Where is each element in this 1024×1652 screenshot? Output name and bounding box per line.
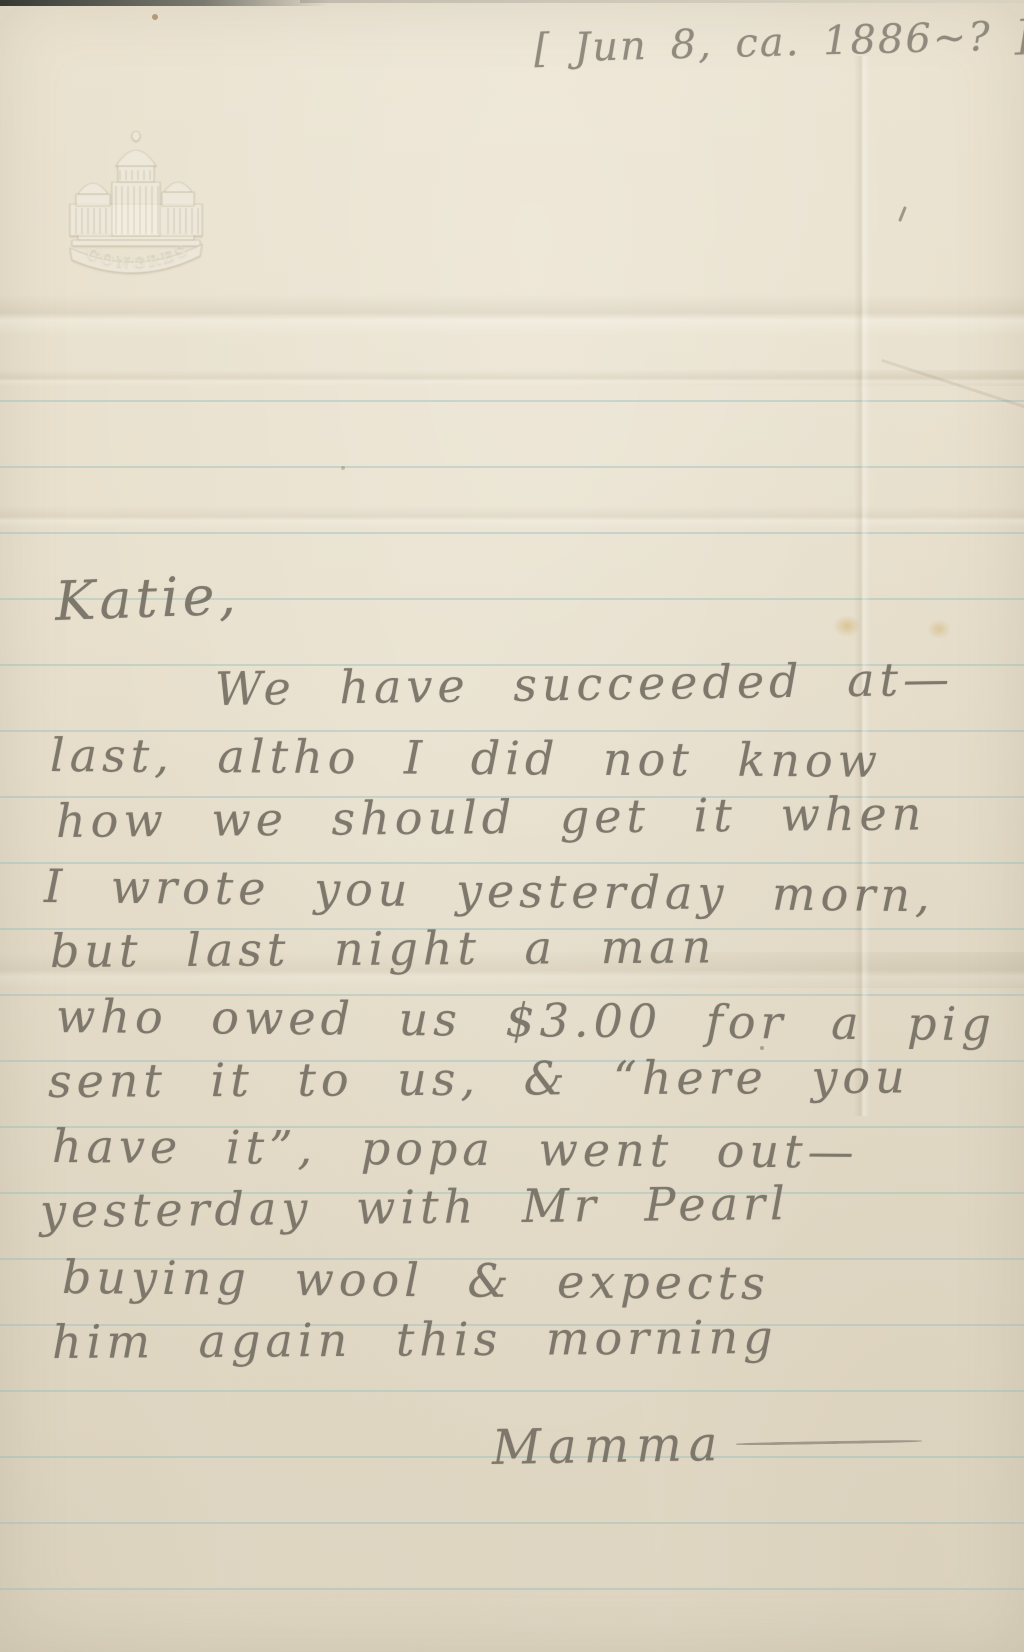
embossed-seal: CONGRESS <box>50 124 222 282</box>
letter-line: sent it to us, & “here you <box>48 1049 910 1108</box>
paper-stain <box>927 619 951 639</box>
paper-speck <box>152 14 158 20</box>
signature-name: Mamma <box>492 1416 725 1476</box>
fold-crease-vertical <box>854 56 870 1116</box>
signature: Mamma <box>492 1412 923 1476</box>
paper-stain <box>833 615 861 637</box>
letter-page: CONGRESS [ Jun 8, ca. 1886~? ] Katie, We… <box>0 0 1024 1652</box>
letter-line: him again this morning <box>52 1310 778 1369</box>
fold-crease-diagonal <box>881 359 1024 408</box>
date-annotation: [ Jun 8, ca. 1886~? ] <box>533 13 1024 72</box>
letter-line: how we should get it when <box>56 786 927 848</box>
letter-line: have it”, popa went out— <box>52 1119 859 1179</box>
pencil-tick-mark <box>898 206 907 222</box>
fold-crease-horizontal-2 <box>0 370 1024 386</box>
letter-line: We have succeeded at— <box>215 652 955 716</box>
letter-line: I wrote you yesterday morn, <box>44 859 935 922</box>
fold-crease-horizontal-3 <box>0 506 1024 528</box>
letter-line: last, altho I did not know <box>50 728 882 788</box>
letter-line: buying wool & expects <box>62 1250 770 1310</box>
letter-line: but last night a man <box>50 919 717 978</box>
scan-edge-top-left <box>0 0 330 6</box>
signature-flourish <box>736 1439 922 1445</box>
paper-speck <box>341 466 345 470</box>
letter-line: yesterday with Mr Pearl <box>40 1176 790 1238</box>
letter-line: who owed us $3.00 for a pig <box>56 989 996 1051</box>
scan-edge-top-right <box>300 0 1024 3</box>
salutation: Katie, <box>54 564 241 633</box>
fold-crease-horizontal-1 <box>0 294 1024 336</box>
